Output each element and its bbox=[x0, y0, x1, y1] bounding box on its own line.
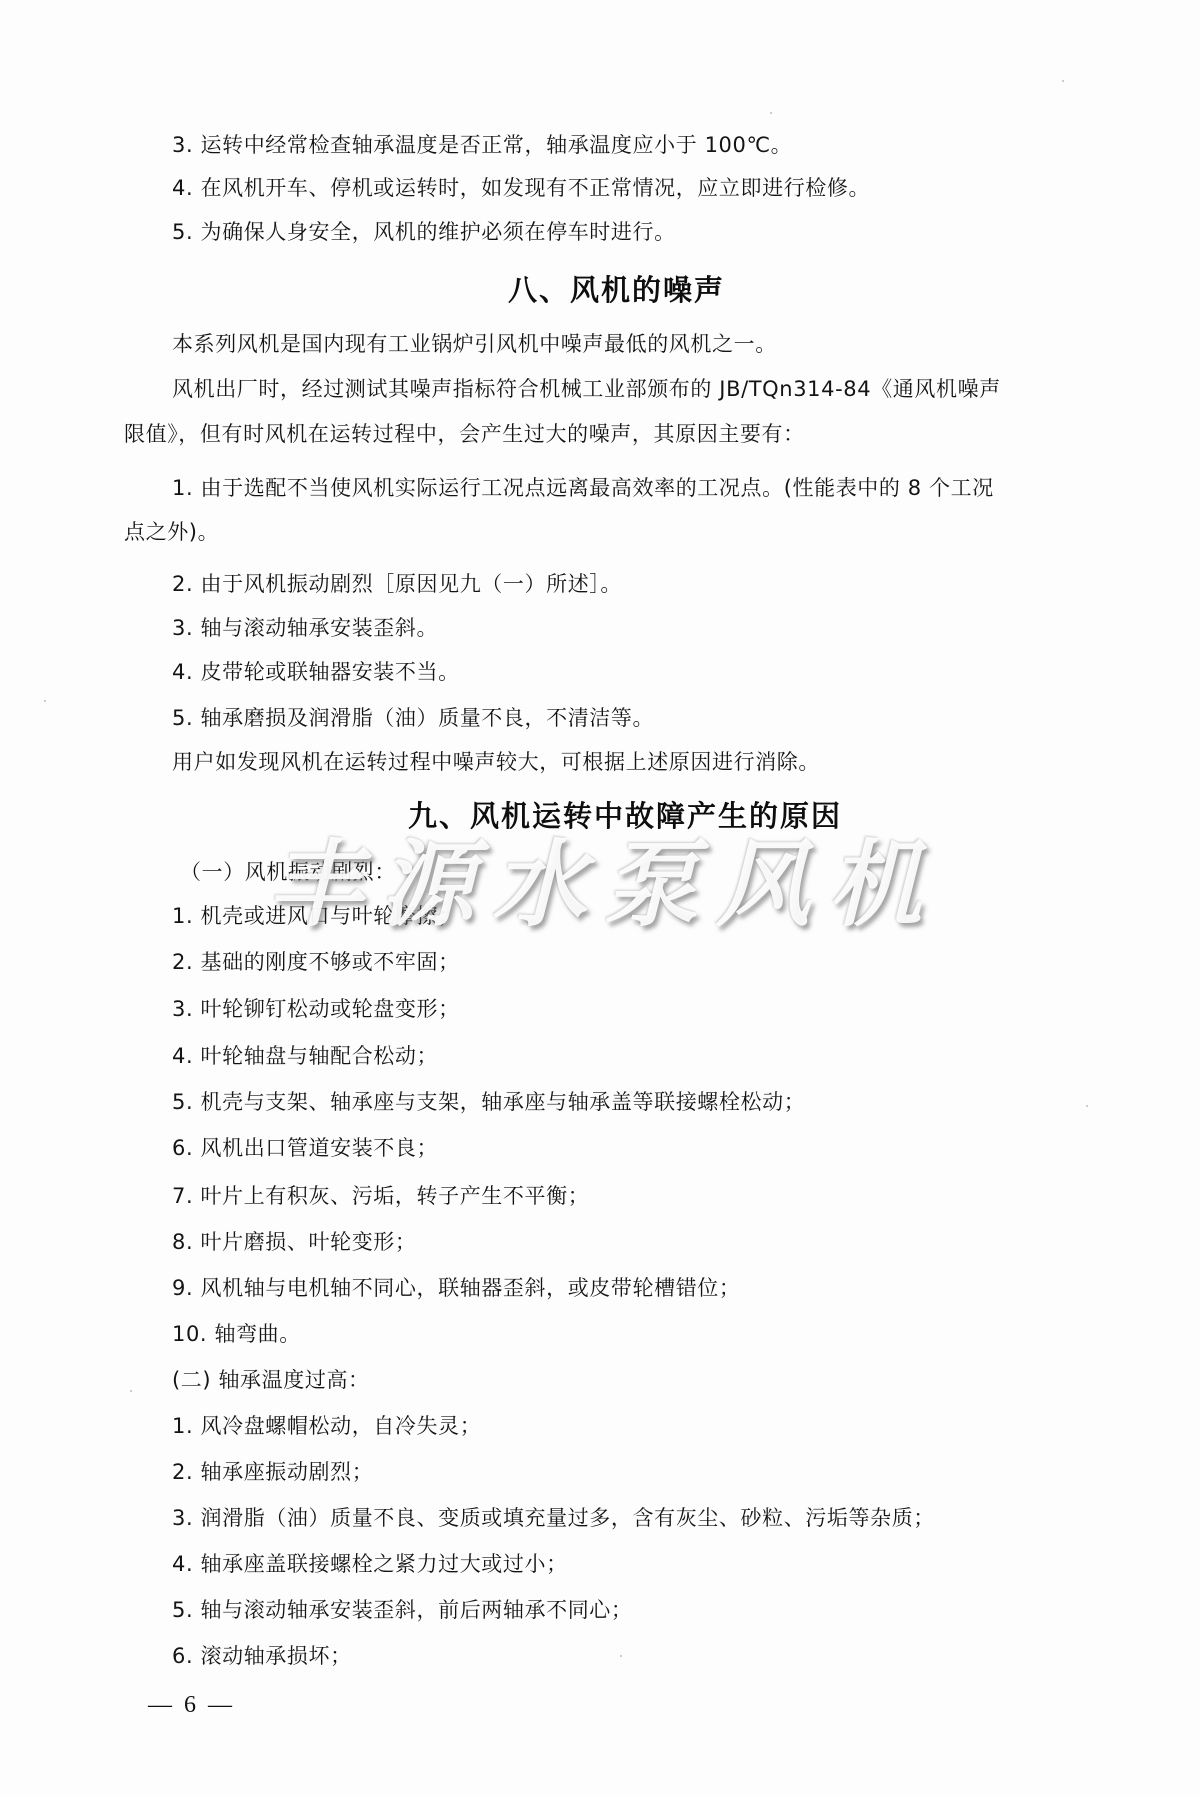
section8-item-1-line1: 1. 由于选配不当使风机实际运行工况点远离最高效率的工况点。(性能表中的 8 个… bbox=[172, 474, 994, 502]
section9-sub1-item-8: 8. 叶片磨损、叶轮变形； bbox=[172, 1228, 417, 1256]
section9-sub2-item-6: 6. 滚动轴承损坏； bbox=[172, 1642, 352, 1670]
section9-sub2-item-4: 4. 轴承座盖联接螺栓之紧力过大或过小； bbox=[172, 1550, 568, 1578]
section9-sub2-item-1: 1. 风冷盘螺帽松动，自冷失灵； bbox=[172, 1412, 481, 1440]
page-number: — 6 — bbox=[148, 1690, 232, 1720]
section9-sub1-item-7: 7. 叶片上有积灰、污垢，转子产生不平衡； bbox=[172, 1182, 589, 1210]
section8-paragraph-line1: 风机出厂时，经过测试其噪声指标符合机械工业部颁布的 JB/TQn314-84《通… bbox=[172, 375, 1001, 403]
scan-speck bbox=[1086, 1105, 1088, 1107]
scan-speck bbox=[620, 1655, 622, 1657]
section8-heading: 八、风机的噪声 bbox=[508, 272, 725, 308]
section7-item-5: 5. 为确保人身安全，风机的维护必须在停车时进行。 bbox=[172, 218, 676, 246]
scan-speck bbox=[770, 112, 772, 114]
section9-sub1-item-1: 1. 机壳或进风口与叶轮摩擦； bbox=[172, 902, 460, 930]
section7-item-4: 4. 在风机开车、停机或运转时，如发现有不正常情况，应立即进行检修。 bbox=[172, 174, 870, 202]
scan-speck bbox=[44, 700, 46, 702]
document-page: 3. 运转中经常检查轴承温度是否正常，轴承温度应小于 100℃。 4. 在风机开… bbox=[0, 0, 1200, 1795]
section9-sub1-item-2: 2. 基础的刚度不够或不牢固； bbox=[172, 948, 460, 976]
section9-sub1-item-6: 6. 风机出口管道安装不良； bbox=[172, 1134, 438, 1162]
section7-item-3: 3. 运转中经常检查轴承温度是否正常，轴承温度应小于 100℃。 bbox=[172, 131, 792, 159]
section9-sub1-item-4: 4. 叶轮轴盘与轴配合松动； bbox=[172, 1042, 438, 1070]
section9-sub2-item-2: 2. 轴承座振动剧烈； bbox=[172, 1458, 373, 1486]
section8-item-5: 5. 轴承磨损及润滑脂（油）质量不良，不清洁等。 bbox=[172, 704, 654, 732]
section9-sub1-item-10: 10. 轴弯曲。 bbox=[172, 1320, 301, 1348]
section9-sub2-item-3: 3. 润滑脂（油）质量不良、变质或填充量过多，含有灰尘、砂粒、污垢等杂质； bbox=[172, 1504, 935, 1532]
section9-sub1-item-5: 5. 机壳与支架、轴承座与支架，轴承座与轴承盖等联接螺栓松动； bbox=[172, 1088, 805, 1116]
section9-heading: 九、风机运转中故障产生的原因 bbox=[408, 798, 842, 834]
section8-intro: 本系列风机是国内现有工业锅炉引风机中噪声最低的风机之一。 bbox=[172, 330, 777, 358]
section8-closing: 用户如发现风机在运转过程中噪声较大，可根据上述原因进行消除。 bbox=[172, 748, 820, 776]
section8-item-1-line2: 点之外)。 bbox=[124, 518, 219, 546]
scan-speck bbox=[1062, 80, 1064, 82]
section9-sub1-title: （一）风机振动剧烈： bbox=[180, 858, 396, 886]
section8-item-3: 3. 轴与滚动轴承安装歪斜。 bbox=[172, 614, 438, 642]
scan-speck bbox=[690, 880, 692, 882]
section8-paragraph-line2: 限值》，但有时风机在运转过程中，会产生过大的噪声，其原因主要有： bbox=[124, 420, 805, 448]
section9-sub1-item-3: 3. 叶轮铆钉松动或轮盘变形； bbox=[172, 995, 460, 1023]
section8-item-2: 2. 由于风机振动剧烈［原因见九（一）所述］。 bbox=[172, 570, 622, 598]
section9-sub1-item-9: 9. 风机轴与电机轴不同心，联轴器歪斜，或皮带轮槽错位； bbox=[172, 1274, 741, 1302]
section9-sub2-title: (二) 轴承温度过高： bbox=[172, 1366, 370, 1394]
section8-item-4: 4. 皮带轮或联轴器安装不当。 bbox=[172, 658, 460, 686]
section9-sub2-item-5: 5. 轴与滚动轴承安装歪斜，前后两轴承不同心； bbox=[172, 1596, 633, 1624]
scan-speck bbox=[130, 1390, 132, 1392]
